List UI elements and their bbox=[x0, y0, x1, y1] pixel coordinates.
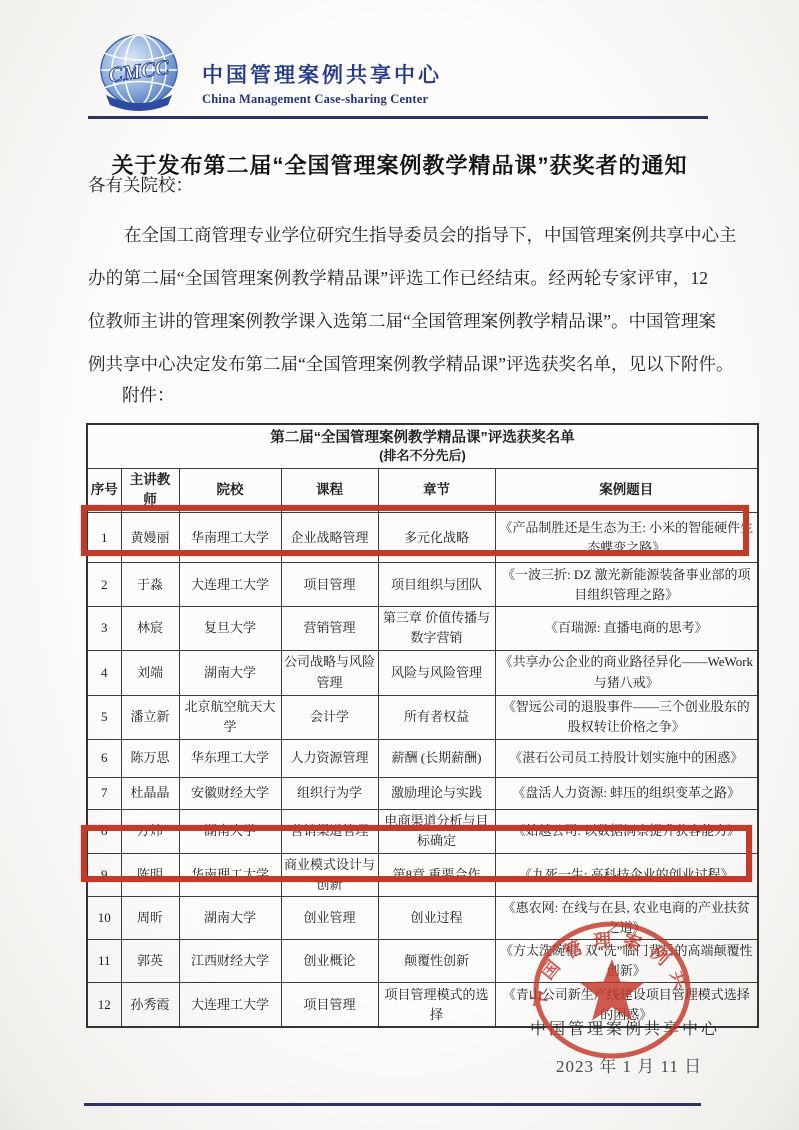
table-row: 6 陈万思 华东理工大学 人力资源管理 薪酬 (长期薪酬) 《湛石公司员工持股计… bbox=[87, 739, 758, 777]
cell-case: 《一波三折: DZ 激光新能源装备事业部的项目组织管理之路》 bbox=[495, 563, 758, 607]
stamp-star-icon bbox=[580, 959, 645, 1021]
table-row: 2 于淼 大连理工大学 项目管理 项目组织与团队 《一波三折: DZ 激光新能源… bbox=[87, 563, 758, 607]
cell-no: 6 bbox=[87, 739, 121, 777]
cell-no: 10 bbox=[87, 896, 121, 939]
cell-no: 2 bbox=[87, 563, 121, 607]
cell-teacher: 周昕 bbox=[121, 896, 179, 939]
cell-course: 项目管理 bbox=[281, 563, 378, 607]
cell-case: 《智远公司的退股事件——三个创业股东的股权转让价格之争》 bbox=[495, 695, 758, 739]
cell-teacher: 刘端 bbox=[121, 650, 179, 695]
cell-teacher: 郭英 bbox=[121, 940, 179, 983]
cell-no: 7 bbox=[87, 777, 121, 809]
cell-chapter: 颠覆性创新 bbox=[378, 940, 495, 983]
cell-case: 《共享办公企业的商业路径异化——WeWork 与猪八戒》 bbox=[495, 650, 758, 695]
cell-course: 创业管理 bbox=[281, 896, 378, 939]
cell-teacher: 林宸 bbox=[121, 607, 179, 650]
cell-course: 营销管理 bbox=[281, 607, 378, 650]
cell-school: 安徽财经大学 bbox=[179, 777, 281, 809]
cell-chapter: 项目管理模式的选择 bbox=[378, 983, 495, 1027]
letterhead: CMCC 中国管理案例共享中心 China Management Case-sh… bbox=[92, 33, 442, 119]
body-line: 位教师主讲的管理案例教学课入选第二届“全国管理案例教学精品课”。中国管理案 bbox=[88, 300, 708, 343]
cell-course: 人力资源管理 bbox=[281, 739, 378, 777]
cell-school: 复旦大学 bbox=[179, 607, 281, 650]
cell-teacher: 孙秀霞 bbox=[121, 983, 179, 1027]
cell-chapter: 风险与风险管理 bbox=[378, 650, 495, 695]
cell-chapter: 创业过程 bbox=[378, 896, 495, 939]
cell-no: 12 bbox=[87, 983, 121, 1027]
table-subtitle: (排名不分先后) bbox=[90, 448, 755, 465]
cell-school: 江西财经大学 bbox=[179, 940, 281, 983]
cell-chapter: 激励理论与实践 bbox=[378, 777, 495, 809]
cell-case: 《百瑞源: 直播电商的思考》 bbox=[495, 607, 758, 650]
attachment-label: 附件： bbox=[122, 382, 175, 407]
cell-chapter: 所有者权益 bbox=[378, 695, 495, 739]
cell-school: 大连理工大学 bbox=[179, 563, 281, 607]
cell-no: 5 bbox=[87, 695, 121, 739]
table-title-row: 第二届“全国管理案例教学精品课”评选获奖名单 (排名不分先后) bbox=[87, 424, 758, 468]
cell-teacher: 陈万思 bbox=[121, 739, 179, 777]
cell-no: 3 bbox=[87, 607, 121, 650]
cmcc-logo: CMCC bbox=[92, 33, 188, 119]
notice-page: CMCC 中国管理案例共享中心 China Management Case-sh… bbox=[0, 0, 799, 1130]
header-rule bbox=[88, 116, 708, 119]
table-row: 7 杜晶晶 安徽财经大学 组织行为学 激励理论与实践 《盘活人力资源: 蚌压的组… bbox=[87, 777, 758, 809]
body-paragraph: 在全国工商管理专业学位研究生指导委员会的指导下，中国管理案例共享中心主 办的第二… bbox=[88, 214, 708, 386]
cell-course: 项目管理 bbox=[281, 983, 378, 1027]
cell-course: 组织行为学 bbox=[281, 777, 378, 809]
cell-school: 华东理工大学 bbox=[179, 739, 281, 777]
official-stamp: 中国管理案例共享中心 bbox=[527, 917, 697, 1063]
cell-teacher: 于淼 bbox=[121, 563, 179, 607]
cell-teacher: 潘立新 bbox=[121, 695, 179, 739]
org-name-en: China Management Case-sharing Center bbox=[202, 92, 442, 107]
cell-chapter: 第三章 价值传播与数字营销 bbox=[378, 607, 495, 650]
body-line: 在全国工商管理专业学位研究生指导委员会的指导下，中国管理案例共享中心主 bbox=[88, 214, 708, 257]
body-line: 例共享中心决定发布第二届“全国管理案例教学精品课”评选获奖名单，见以下附件。 bbox=[88, 343, 708, 386]
table-row: 5 潘立新 北京航空航天大学 会计学 所有者权益 《智远公司的退股事件——三个创… bbox=[87, 695, 758, 739]
cell-no: 11 bbox=[87, 940, 121, 983]
cell-case: 《湛石公司员工持股计划实施中的困惑》 bbox=[495, 739, 758, 777]
salutation: 各有关院校： bbox=[88, 172, 193, 197]
cell-teacher: 杜晶晶 bbox=[121, 777, 179, 809]
org-name-cn: 中国管理案例共享中心 bbox=[202, 59, 442, 89]
cell-course: 会计学 bbox=[281, 695, 378, 739]
cell-no: 4 bbox=[87, 650, 121, 695]
cell-school: 湖南大学 bbox=[179, 896, 281, 939]
cell-chapter: 薪酬 (长期薪酬) bbox=[378, 739, 495, 777]
cell-school: 北京航空航天大学 bbox=[179, 695, 281, 739]
cell-chapter: 项目组织与团队 bbox=[378, 563, 495, 607]
table-row: 3 林宸 复旦大学 营销管理 第三章 价值传播与数字营销 《百瑞源: 直播电商的… bbox=[87, 607, 758, 650]
body-line: 办的第二届“全国管理案例教学精品课”评选工作已经结束。经两轮专家评审，12 bbox=[88, 257, 708, 300]
footer-rule bbox=[84, 1103, 701, 1106]
cell-case: 《盘活人力资源: 蚌压的组织变革之路》 bbox=[495, 777, 758, 809]
cell-course: 公司战略与风险管理 bbox=[281, 650, 378, 695]
cell-school: 大连理工大学 bbox=[179, 983, 281, 1027]
table-title: 第二届“全国管理案例教学精品课”评选获奖名单 bbox=[90, 428, 755, 448]
cell-course: 创业概论 bbox=[281, 940, 378, 983]
highlight-box-row9 bbox=[81, 825, 752, 882]
table-row: 4 刘端 湖南大学 公司战略与风险管理 风险与风险管理 《共享办公企业的商业路径… bbox=[87, 650, 758, 695]
cell-school: 湖南大学 bbox=[179, 650, 281, 695]
highlight-box-row1 bbox=[81, 505, 749, 556]
